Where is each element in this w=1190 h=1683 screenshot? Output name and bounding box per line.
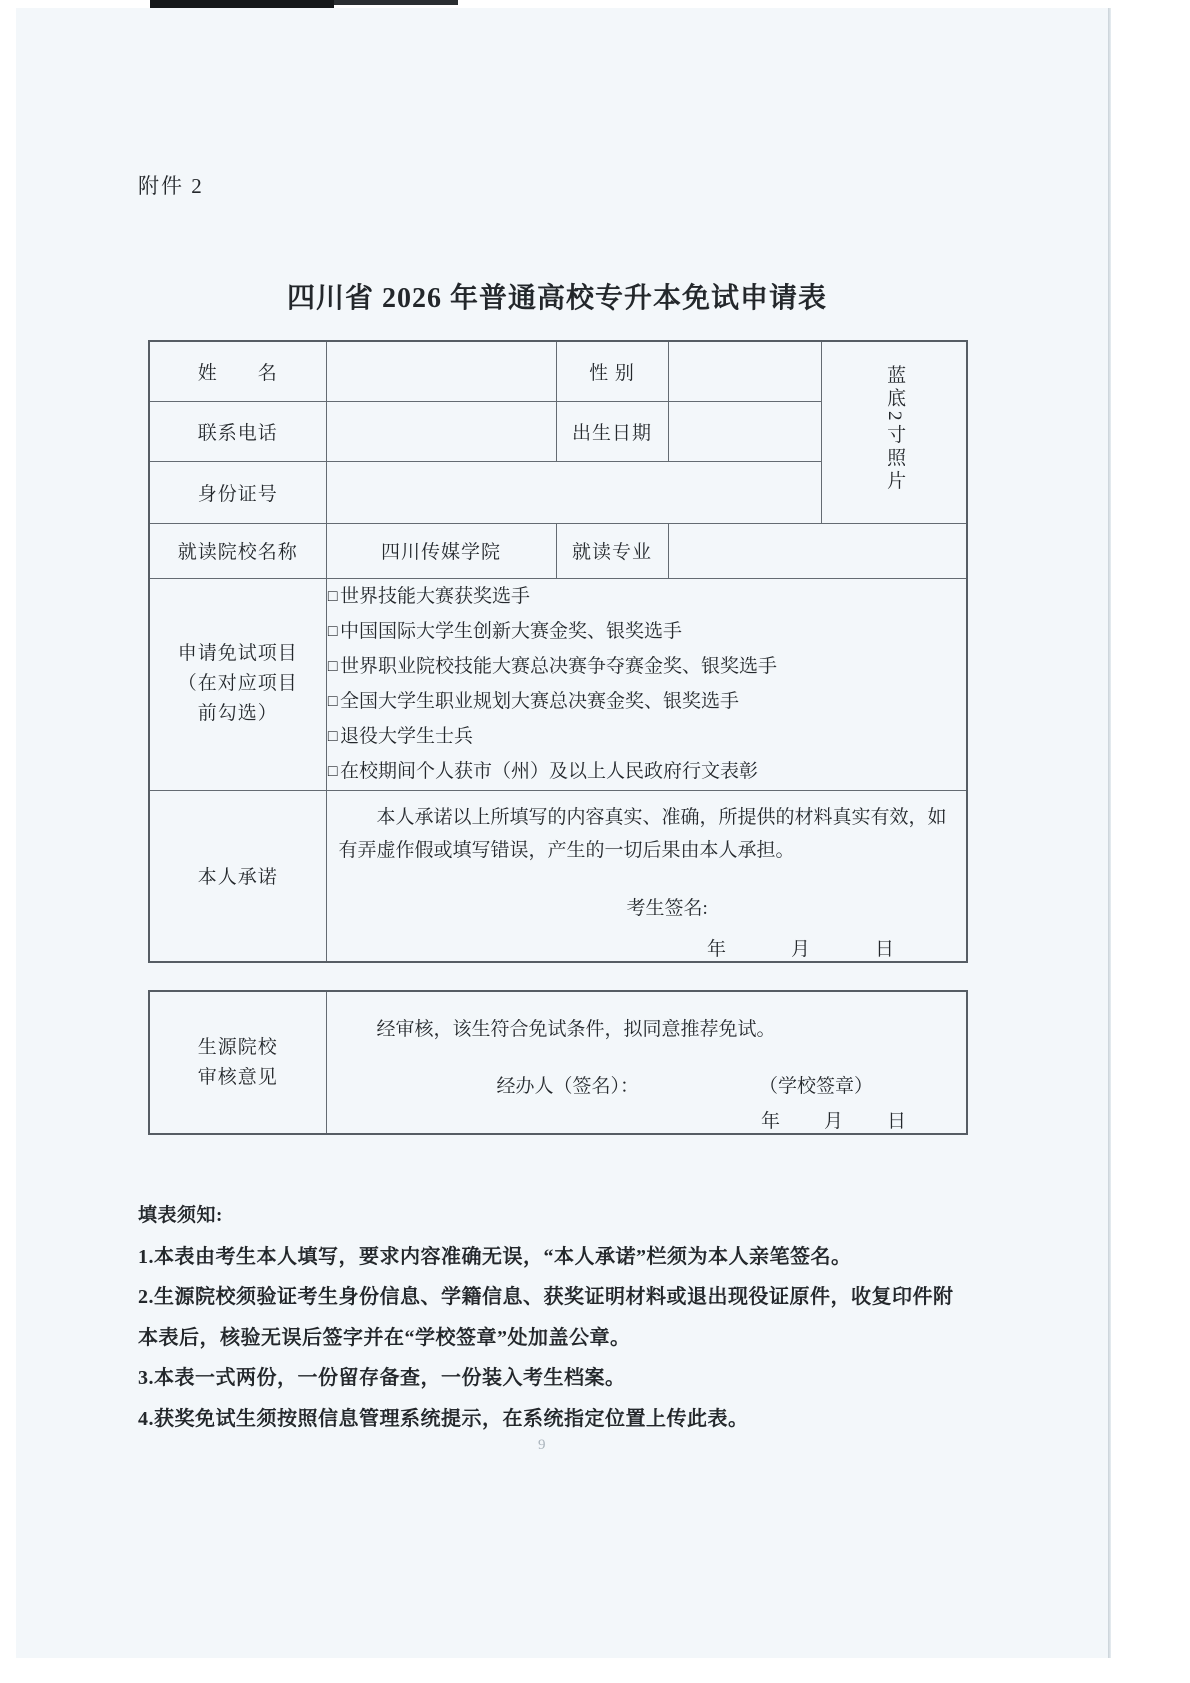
- name-label: 姓 名: [149, 341, 326, 401]
- promise-label: 本人承诺: [149, 790, 326, 962]
- exemption-option: □世界职业院校技能大赛总决赛争夺赛金奖、银奖选手: [327, 649, 967, 684]
- exemption-option: □世界技能大赛获奖选手: [327, 579, 967, 614]
- checkbox-icon: □: [327, 722, 337, 752]
- attachment-label: 附件 2: [138, 170, 204, 200]
- scanned-document-page: 附件 2 四川省 2026 年普通高校专升本免试申请表 姓 名 性 别 蓝底2寸…: [0, 0, 1190, 1683]
- scan-edge-shadow: [1108, 8, 1111, 1658]
- exemption-option-label: 世界技能大赛获奖选手: [340, 586, 530, 607]
- instruction-item: 4.获奖免试生须按照信息管理系统提示，在系统指定位置上传此表。: [138, 1399, 968, 1440]
- instruction-item: 1.本表由考生本人填写，要求内容准确无误，“本人承诺”栏须为本人亲笔签名。: [138, 1237, 968, 1278]
- exemption-label-line: 申请免试项目: [150, 639, 326, 669]
- exemption-option-label: 退役大学生士兵: [340, 726, 473, 747]
- candidate-signature-label: 考生签名:: [627, 893, 967, 920]
- promise-text: 本人承诺以上所填写的内容真实、准确，所提供的材料真实有效，如有弄虚作假或填写错误…: [339, 801, 957, 868]
- birthdate-input-cell: [668, 401, 821, 461]
- review-table: 生源院校 审核意见 经审核，该生符合免试条件，拟同意推荐免试。 经办人（签名）：…: [148, 990, 968, 1135]
- exemption-label-line: 前勾选）: [150, 699, 326, 729]
- exemption-option-label: 全国大学生职业规划大赛总决赛金奖、银奖选手: [340, 691, 739, 712]
- exemption-option: □在校期间个人获市（州）及以上人民政府行文表彰: [327, 754, 967, 789]
- phone-input-cell: [326, 401, 556, 461]
- exemption-option-label: 中国国际大学生创新大赛金奖、银奖选手: [340, 621, 682, 642]
- gender-input-cell: [668, 341, 821, 401]
- application-table: 姓 名 性 别 蓝底2寸照片 联系电话 出生日期 身份证号 就读院校名称: [148, 340, 968, 963]
- id-number-label: 身份证号: [149, 461, 326, 523]
- exemption-options-cell: □世界技能大赛获奖选手 □中国国际大学生创新大赛金奖、银奖选手 □世界职业院校技…: [326, 578, 967, 790]
- review-label: 生源院校 审核意见: [149, 991, 326, 1134]
- review-label-line: 生源院校: [150, 1033, 326, 1063]
- instructions-title: 填表须知:: [138, 1196, 968, 1237]
- gender-label: 性 别: [556, 341, 668, 401]
- review-date-line: 年 月 日: [327, 1106, 967, 1133]
- checkbox-icon: □: [327, 582, 337, 612]
- scan-artifact-bar: [334, 0, 458, 5]
- promise-cell: 本人承诺以上所填写的内容真实、准确，所提供的材料真实有效，如有弄虚作假或填写错误…: [326, 790, 967, 962]
- exemption-label-line: （在对应项目: [150, 669, 326, 699]
- exemption-option-label: 世界职业院校技能大赛总决赛争夺赛金奖、银奖选手: [340, 656, 777, 677]
- phone-label: 联系电话: [149, 401, 326, 461]
- filling-instructions: 填表须知: 1.本表由考生本人填写，要求内容准确无误，“本人承诺”栏须为本人亲笔…: [138, 1196, 968, 1439]
- photo-cell: 蓝底2寸照片: [821, 341, 967, 523]
- major-input-cell: [668, 523, 967, 578]
- scan-artifact-bar: [150, 0, 334, 8]
- checkbox-icon: □: [327, 652, 337, 682]
- photo-note: 蓝底2寸照片: [882, 365, 905, 494]
- exemption-option: □中国国际大学生创新大赛金奖、银奖选手: [327, 614, 967, 649]
- instruction-item: 3.本表一式两份，一份留存备查，一份装入考生档案。: [138, 1358, 968, 1399]
- review-statement: 经审核，该生符合免试条件，拟同意推荐免试。: [339, 1014, 957, 1041]
- review-label-line: 审核意见: [150, 1063, 326, 1093]
- school-value: 四川传媒学院: [326, 523, 556, 578]
- exemption-option: □全国大学生职业规划大赛总决赛金奖、银奖选手: [327, 684, 967, 719]
- application-form: 姓 名 性 别 蓝底2寸照片 联系电话 出生日期 身份证号 就读院校名称: [148, 340, 966, 1135]
- handler-signature-label: 经办人（签名）：: [497, 1071, 640, 1098]
- school-label: 就读院校名称: [149, 523, 326, 578]
- review-signature-row: 经办人（签名）： （学校签章）: [327, 1071, 967, 1098]
- birthdate-label: 出生日期: [556, 401, 668, 461]
- promise-date-line: 年 月 日: [327, 934, 967, 961]
- major-label: 就读专业: [556, 523, 668, 578]
- checkbox-icon: □: [327, 687, 337, 717]
- exemption-option-label: 在校期间个人获市（州）及以上人民政府行文表彰: [340, 761, 758, 782]
- form-title: 四川省 2026 年普通高校专升本免试申请表: [148, 276, 966, 316]
- checkbox-icon: □: [327, 757, 337, 787]
- id-number-input-cell: [326, 461, 821, 523]
- review-cell: 经审核，该生符合免试条件，拟同意推荐免试。 经办人（签名）： （学校签章） 年 …: [326, 991, 967, 1134]
- exemption-category-label: 申请免试项目 （在对应项目 前勾选）: [149, 578, 326, 790]
- checkbox-icon: □: [327, 617, 337, 647]
- page-number: 9: [538, 1437, 546, 1454]
- school-seal-label: （学校签章）: [759, 1071, 873, 1098]
- exemption-option: □退役大学生士兵: [327, 719, 967, 754]
- name-input-cell: [326, 341, 556, 401]
- instruction-item: 2.生源院校须验证考生身份信息、学籍信息、获奖证明材料或退出现役证原件，收复印件…: [138, 1277, 968, 1358]
